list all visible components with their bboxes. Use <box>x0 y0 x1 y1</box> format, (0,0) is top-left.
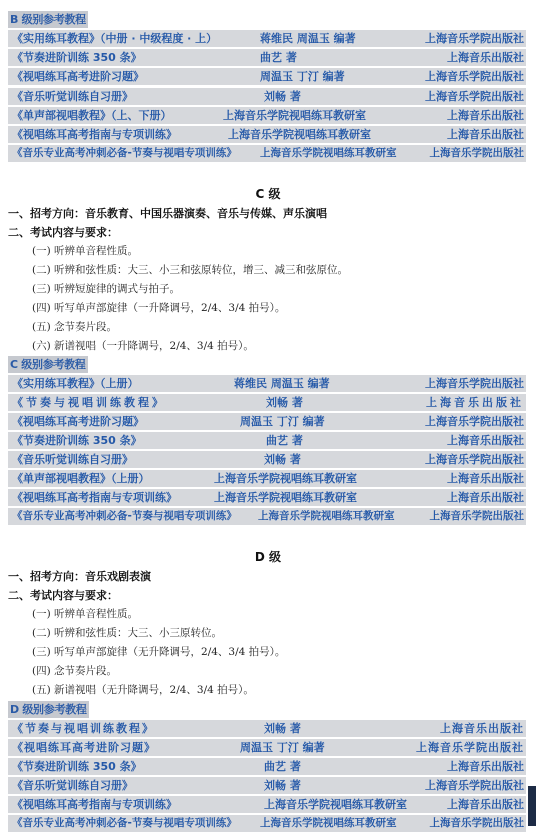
requirement-item: (二) 听辨和弦性质：大三、小三原转位。 <box>32 625 222 640</box>
book-author: 周温玉 丁汀 编著 <box>240 413 325 430</box>
d-ref-row: 《视唱练耳高考指南与专项训练》 上海音乐学院视唱练耳教研室 上海音乐出版社 <box>8 796 526 813</box>
book-title: 《单声部视唱教程》（上、下册） <box>12 107 172 124</box>
book-title: 《视唱练耳高考进阶习题》 <box>12 413 144 430</box>
book-author: 周温玉 丁汀 编著 <box>260 68 345 85</box>
requirement-item: (三) 听辨短旋律的调式与拍子。 <box>32 281 180 296</box>
book-author: 上海音乐学院视唱练耳教研室 <box>264 796 407 813</box>
b-ref-row: 《实用练耳教程》（中册 · 中级程度 · 上） 蒋维民 周温玉 编著 上海音乐学… <box>8 30 526 47</box>
d-ref-row: 《音乐听觉训练自习册》 刘畅 著 上海音乐学院出版社 <box>8 777 526 794</box>
c-ref-row: 《音乐专业高考冲刺必备-节奏与视唱专项训练》 上海音乐学院视唱练耳教研室 上海音… <box>8 508 526 525</box>
book-author: 上海音乐学院视唱练耳教研室 <box>260 815 397 832</box>
book-publisher: 上海音乐学院出版社 <box>425 777 524 794</box>
book-publisher: 上海音乐出版社 <box>447 489 524 506</box>
book-author: 曲艺 著 <box>266 432 303 449</box>
d-ref-row: 《节奏与视唱训练教程》 刘畅 著 上海音乐出版社 <box>8 720 526 737</box>
book-title: 《视唱练耳高考指南与专项训练》 <box>12 126 177 143</box>
book-author: 周温玉 丁汀 编著 <box>240 739 325 756</box>
book-author: 上海音乐学院视唱练耳教研室 <box>260 145 397 162</box>
book-publisher: 上海音乐学院出版社 <box>425 68 524 85</box>
book-author: 刘畅 著 <box>264 88 301 105</box>
level-c-requirements-heading: 二、考试内容与要求： <box>8 224 118 240</box>
book-publisher: 上海音乐学院出版社 <box>425 451 524 468</box>
book-title: 《节奏进阶训练 350 条》 <box>12 49 142 66</box>
book-publisher: 上海音乐出版社 <box>447 432 524 449</box>
requirement-item: (六) 新谱视唱（一升降调号，2/4、3/4 拍号）。 <box>32 338 254 353</box>
level-c-direction: 一、招考方向：音乐教育、中国乐器演奏、音乐与传媒、声乐演唱 <box>8 205 327 221</box>
book-title: 《视唱练耳高考进阶习题》 <box>12 68 144 85</box>
book-title: 《音乐专业高考冲刺必备-节奏与视唱专项训练》 <box>12 815 237 832</box>
c-ref-row: 《视唱练耳高考进阶习题》 周温玉 丁汀 编著 上海音乐学院出版社 <box>8 413 526 430</box>
book-author: 蒋维民 周温玉 编著 <box>260 30 356 47</box>
requirement-item: (五) 新谱视唱（无升降调号，2/4、3/4 拍号）。 <box>32 682 254 697</box>
book-author: 曲艺 著 <box>260 49 297 66</box>
book-publisher: 上海音乐出版社 <box>447 470 524 487</box>
b-ref-row: 《单声部视唱教程》（上、下册） 上海音乐学院视唱练耳教研室 上海音乐出版社 <box>8 107 526 124</box>
book-author: 上海音乐学院视唱练耳教研室 <box>214 489 357 506</box>
book-author: 曲艺 著 <box>264 758 301 775</box>
c-ref-row: 《实用练耳教程》（上册） 蒋维民 周温玉 编著 上海音乐学院出版社 <box>8 375 526 392</box>
requirement-item: (一) 听辨单音程性质。 <box>32 606 138 621</box>
b-ref-row: 《音乐听觉训练自习册》 刘畅 著 上海音乐学院出版社 <box>8 88 526 105</box>
book-title: 《实用练耳教程》（中册 · 中级程度 · 上） <box>12 30 217 47</box>
c-ref-row: 《节奏与视唱训练教程》 刘畅 著 上海音乐出版社 <box>8 394 526 411</box>
book-title: 《节奏与视唱训练教程》 <box>12 394 166 411</box>
book-publisher: 上海音乐出版社 <box>447 126 524 143</box>
book-title: 《音乐听觉训练自习册》 <box>12 451 133 468</box>
book-title: 《音乐听觉训练自习册》 <box>12 88 133 105</box>
book-publisher: 上海音乐学院出版社 <box>425 30 524 47</box>
book-publisher: 上海音乐学院出版社 <box>416 739 524 756</box>
book-title: 《视唱练耳高考指南与专项训练》 <box>12 489 177 506</box>
requirement-item: (五) 念节奏片段。 <box>32 319 117 334</box>
c-ref-row: 《单声部视唱教程》（上册） 上海音乐学院视唱练耳教研室 上海音乐出版社 <box>8 470 526 487</box>
book-title: 《音乐专业高考冲刺必备-节奏与视唱专项训练》 <box>12 508 237 525</box>
level-d-title: D 级 <box>0 548 536 565</box>
requirement-item: (四) 念节奏片段。 <box>32 663 117 678</box>
book-author: 刘畅 著 <box>266 394 303 411</box>
b-ref-heading: B 级别参考教程 <box>8 11 88 28</box>
book-author: 刘畅 著 <box>264 777 301 794</box>
c-ref-row: 《视唱练耳高考指南与专项训练》 上海音乐学院视唱练耳教研室 上海音乐出版社 <box>8 489 526 506</box>
b-ref-row: 《视唱练耳高考进阶习题》 周温玉 丁汀 编著 上海音乐学院出版社 <box>8 68 526 85</box>
book-title: 《实用练耳教程》（上册） <box>12 375 139 392</box>
book-title: 《视唱练耳高考指南与专项训练》 <box>12 796 177 813</box>
book-title: 《音乐专业高考冲刺必备-节奏与视唱专项训练》 <box>12 145 237 162</box>
side-scroll-tab[interactable] <box>528 786 536 826</box>
book-publisher: 上海音乐出版社 <box>447 796 524 813</box>
level-d-direction: 一、招考方向：音乐戏剧表演 <box>8 568 151 584</box>
book-title: 《视唱练耳高考进阶习题》 <box>12 739 156 756</box>
d-ref-heading: D 级别参考教程 <box>8 701 89 718</box>
book-publisher: 上海音乐学院出版社 <box>425 413 524 430</box>
d-ref-row: 《节奏进阶训练 350 条》 曲艺 著 上海音乐出版社 <box>8 758 526 775</box>
requirement-item: (三) 听写单声部旋律（无升降调号，2/4、3/4 拍号）。 <box>32 644 285 659</box>
b-ref-row: 《节奏进阶训练 350 条》 曲艺 著 上海音乐出版社 <box>8 49 526 66</box>
d-ref-row: 《视唱练耳高考进阶习题》 周温玉 丁汀 编著 上海音乐学院出版社 <box>8 739 526 756</box>
c-ref-row: 《节奏进阶训练 350 条》 曲艺 著 上海音乐出版社 <box>8 432 526 449</box>
book-author: 上海音乐学院视唱练耳教研室 <box>223 107 366 124</box>
book-author: 刘畅 著 <box>264 451 301 468</box>
requirement-item: (一) 听辨单音程性质。 <box>32 243 138 258</box>
book-publisher: 上海音乐学院出版社 <box>425 375 524 392</box>
book-title: 《节奏进阶训练 350 条》 <box>12 432 142 449</box>
c-ref-row: 《音乐听觉训练自习册》 刘畅 著 上海音乐学院出版社 <box>8 451 526 468</box>
book-author: 上海音乐学院视唱练耳教研室 <box>258 508 395 525</box>
book-publisher: 上海音乐出版社 <box>447 49 524 66</box>
level-d-requirements-heading: 二、考试内容与要求： <box>8 587 118 603</box>
requirement-item: (四) 听写单声部旋律（一升降调号，2/4、3/4 拍号）。 <box>32 300 285 315</box>
book-publisher: 上海音乐出版社 <box>447 758 524 775</box>
book-author: 上海音乐学院视唱练耳教研室 <box>214 470 357 487</box>
book-publisher: 上海音乐学院出版社 <box>430 508 525 525</box>
book-publisher: 上海音乐出版社 <box>447 107 524 124</box>
level-c-title: C 级 <box>0 185 536 202</box>
book-publisher: 上海音乐出版社 <box>426 394 524 411</box>
book-title: 《节奏进阶训练 350 条》 <box>12 758 142 775</box>
book-publisher: 上海音乐学院出版社 <box>430 815 525 832</box>
b-ref-row: 《视唱练耳高考指南与专项训练》 上海音乐学院视唱练耳教研室 上海音乐出版社 <box>8 126 526 143</box>
book-title: 《节奏与视唱训练教程》 <box>12 720 155 737</box>
c-ref-heading: C 级别参考教程 <box>8 356 88 373</box>
book-title: 《单声部视唱教程》（上册） <box>12 470 150 487</box>
book-author: 刘畅 著 <box>264 720 301 737</box>
requirement-item: (二) 听辨和弦性质：大三、小三和弦原转位，增三、减三和弦原位。 <box>32 262 348 277</box>
book-title: 《音乐听觉训练自习册》 <box>12 777 133 794</box>
b-ref-row: 《音乐专业高考冲刺必备-节奏与视唱专项训练》 上海音乐学院视唱练耳教研室 上海音… <box>8 145 526 162</box>
book-author: 蒋维民 周温玉 编著 <box>234 375 330 392</box>
d-ref-row: 《音乐专业高考冲刺必备-节奏与视唱专项训练》 上海音乐学院视唱练耳教研室 上海音… <box>8 815 526 832</box>
book-author: 上海音乐学院视唱练耳教研室 <box>228 126 371 143</box>
book-publisher: 上海音乐出版社 <box>440 720 524 737</box>
book-publisher: 上海音乐学院出版社 <box>425 88 524 105</box>
book-publisher: 上海音乐学院出版社 <box>430 145 525 162</box>
